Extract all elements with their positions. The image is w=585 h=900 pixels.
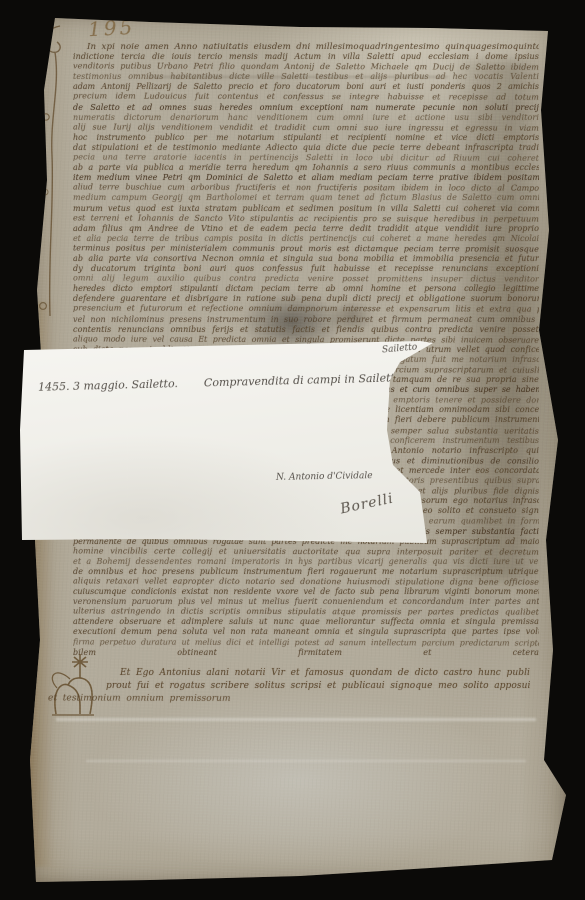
- manuscript-line: attendere obseruare et adimplere saluis …: [73, 617, 539, 627]
- crease: [56, 718, 536, 721]
- manuscript-line: terminus positus per ministerialem commu…: [73, 243, 539, 254]
- archive-photo: 195 In xpi noie amen Anno natiuitatis ei…: [0, 0, 585, 900]
- slip-date: 1455. 3 maggio. Sailetto.: [38, 377, 178, 394]
- manuscript-line: et alia pecia terre de tribus campis pos…: [73, 234, 539, 244]
- slip-notary: N. Antonio d'Cividale: [276, 471, 373, 483]
- closing-line: Et Ego Antonius alani notarii Vir et fam…: [106, 667, 530, 680]
- manuscript-line: ab alia parte via consortiva Necnon omni…: [73, 254, 539, 264]
- manuscript-line: testimonius omnibus habitantibus dicte v…: [73, 72, 539, 82]
- manuscript-line: venditoris putibus Urbano Petri filio qu…: [73, 62, 539, 73]
- manuscript-line: ulterius astringendo in dictis scriptis …: [73, 607, 539, 618]
- manuscript-line: aliquis retaxari vellet eapropter dicto …: [73, 576, 539, 587]
- manuscript-line: bilem obtineant firmitatem et cetera: [73, 648, 539, 658]
- manuscript-line: alij sue Iurij alijs venditionem vendidi…: [73, 122, 539, 133]
- archival-slip: Sailetto 1455. 3 maggio. Sailetto.Compra…: [16, 336, 440, 550]
- slip-signature: Borelli: [339, 491, 395, 518]
- manuscript-line: cuiuscumque condicionis existat non resi…: [73, 587, 539, 597]
- manuscript-line: hoc instrumento publico per me notarium …: [73, 133, 539, 143]
- folio-number: 195: [88, 17, 136, 39]
- manuscript-line: de Saletto et ad omnes suas heredes omni…: [73, 103, 539, 113]
- crease: [86, 760, 526, 762]
- closing-formula: Et Ego Antonius alani notarii Vir et fam…: [106, 667, 530, 707]
- closing-line: et testimonium omnium premissorum: [48, 693, 530, 707]
- closing-line: prout fui et rogatus scribere solitus sc…: [106, 680, 530, 693]
- manuscript-line: aliud terre buschiue cum arboribus fruct…: [73, 183, 539, 194]
- manuscript-line: et a Bohemij dessendentes romani imperat…: [73, 557, 539, 567]
- slip-subject: Compravendita di campi in Sailetto.: [204, 371, 405, 389]
- slip-heading: Sailetto: [382, 342, 418, 355]
- slip-date-line: 1455. 3 maggio. Sailetto.Compravendita d…: [38, 371, 405, 394]
- manuscript-line: omni alij legum auxilio quibus contra pr…: [73, 274, 539, 285]
- manuscript-line: de omnibus et hoc presens publicum instr…: [73, 567, 539, 577]
- manuscript-line: dat stipulationi et de testimonio median…: [73, 143, 539, 153]
- manuscript-line: firma perpetuo duratura ut melius dici e…: [73, 637, 539, 648]
- manuscript-line: numeratis dictorum denariorum hanc vendi…: [73, 113, 539, 123]
- manuscript-line: contentis renuncians omnibus ferijs et s…: [73, 325, 539, 335]
- manuscript-line: precium idem Ludouicus fuit contentus et…: [73, 92, 539, 103]
- manuscript-line: heredes dicto emptori stipulanti dictam …: [73, 284, 539, 294]
- manuscript-line: pecia una terre aratorie iacentis in per…: [73, 152, 539, 163]
- manuscript-line: adam filius qm Andree de Vtino et de ead…: [73, 224, 539, 234]
- manuscript-line: presencium et futurorum et refectione om…: [73, 304, 539, 315]
- manuscript-line: est terreni et Iohannis de Sancto Vito s…: [73, 213, 539, 224]
- manuscript-line: In xpi noie amen Anno natiuitatis eiusde…: [73, 42, 539, 52]
- manuscript-line: murum vetus quod est iuxta stratam publi…: [73, 204, 539, 214]
- manuscript-line: homine vincibilis certe collegij et uniu…: [73, 546, 539, 557]
- manuscript-line: executioni demum pena soluta vel non rat…: [73, 627, 539, 637]
- manuscript-line: medium campum Georgij qm Bartholomei et …: [73, 193, 539, 203]
- manuscript-line: vel non nichilominus presens instrumentu…: [73, 315, 539, 325]
- manuscript-line: ab a parte via publica a meridie terra h…: [73, 163, 539, 173]
